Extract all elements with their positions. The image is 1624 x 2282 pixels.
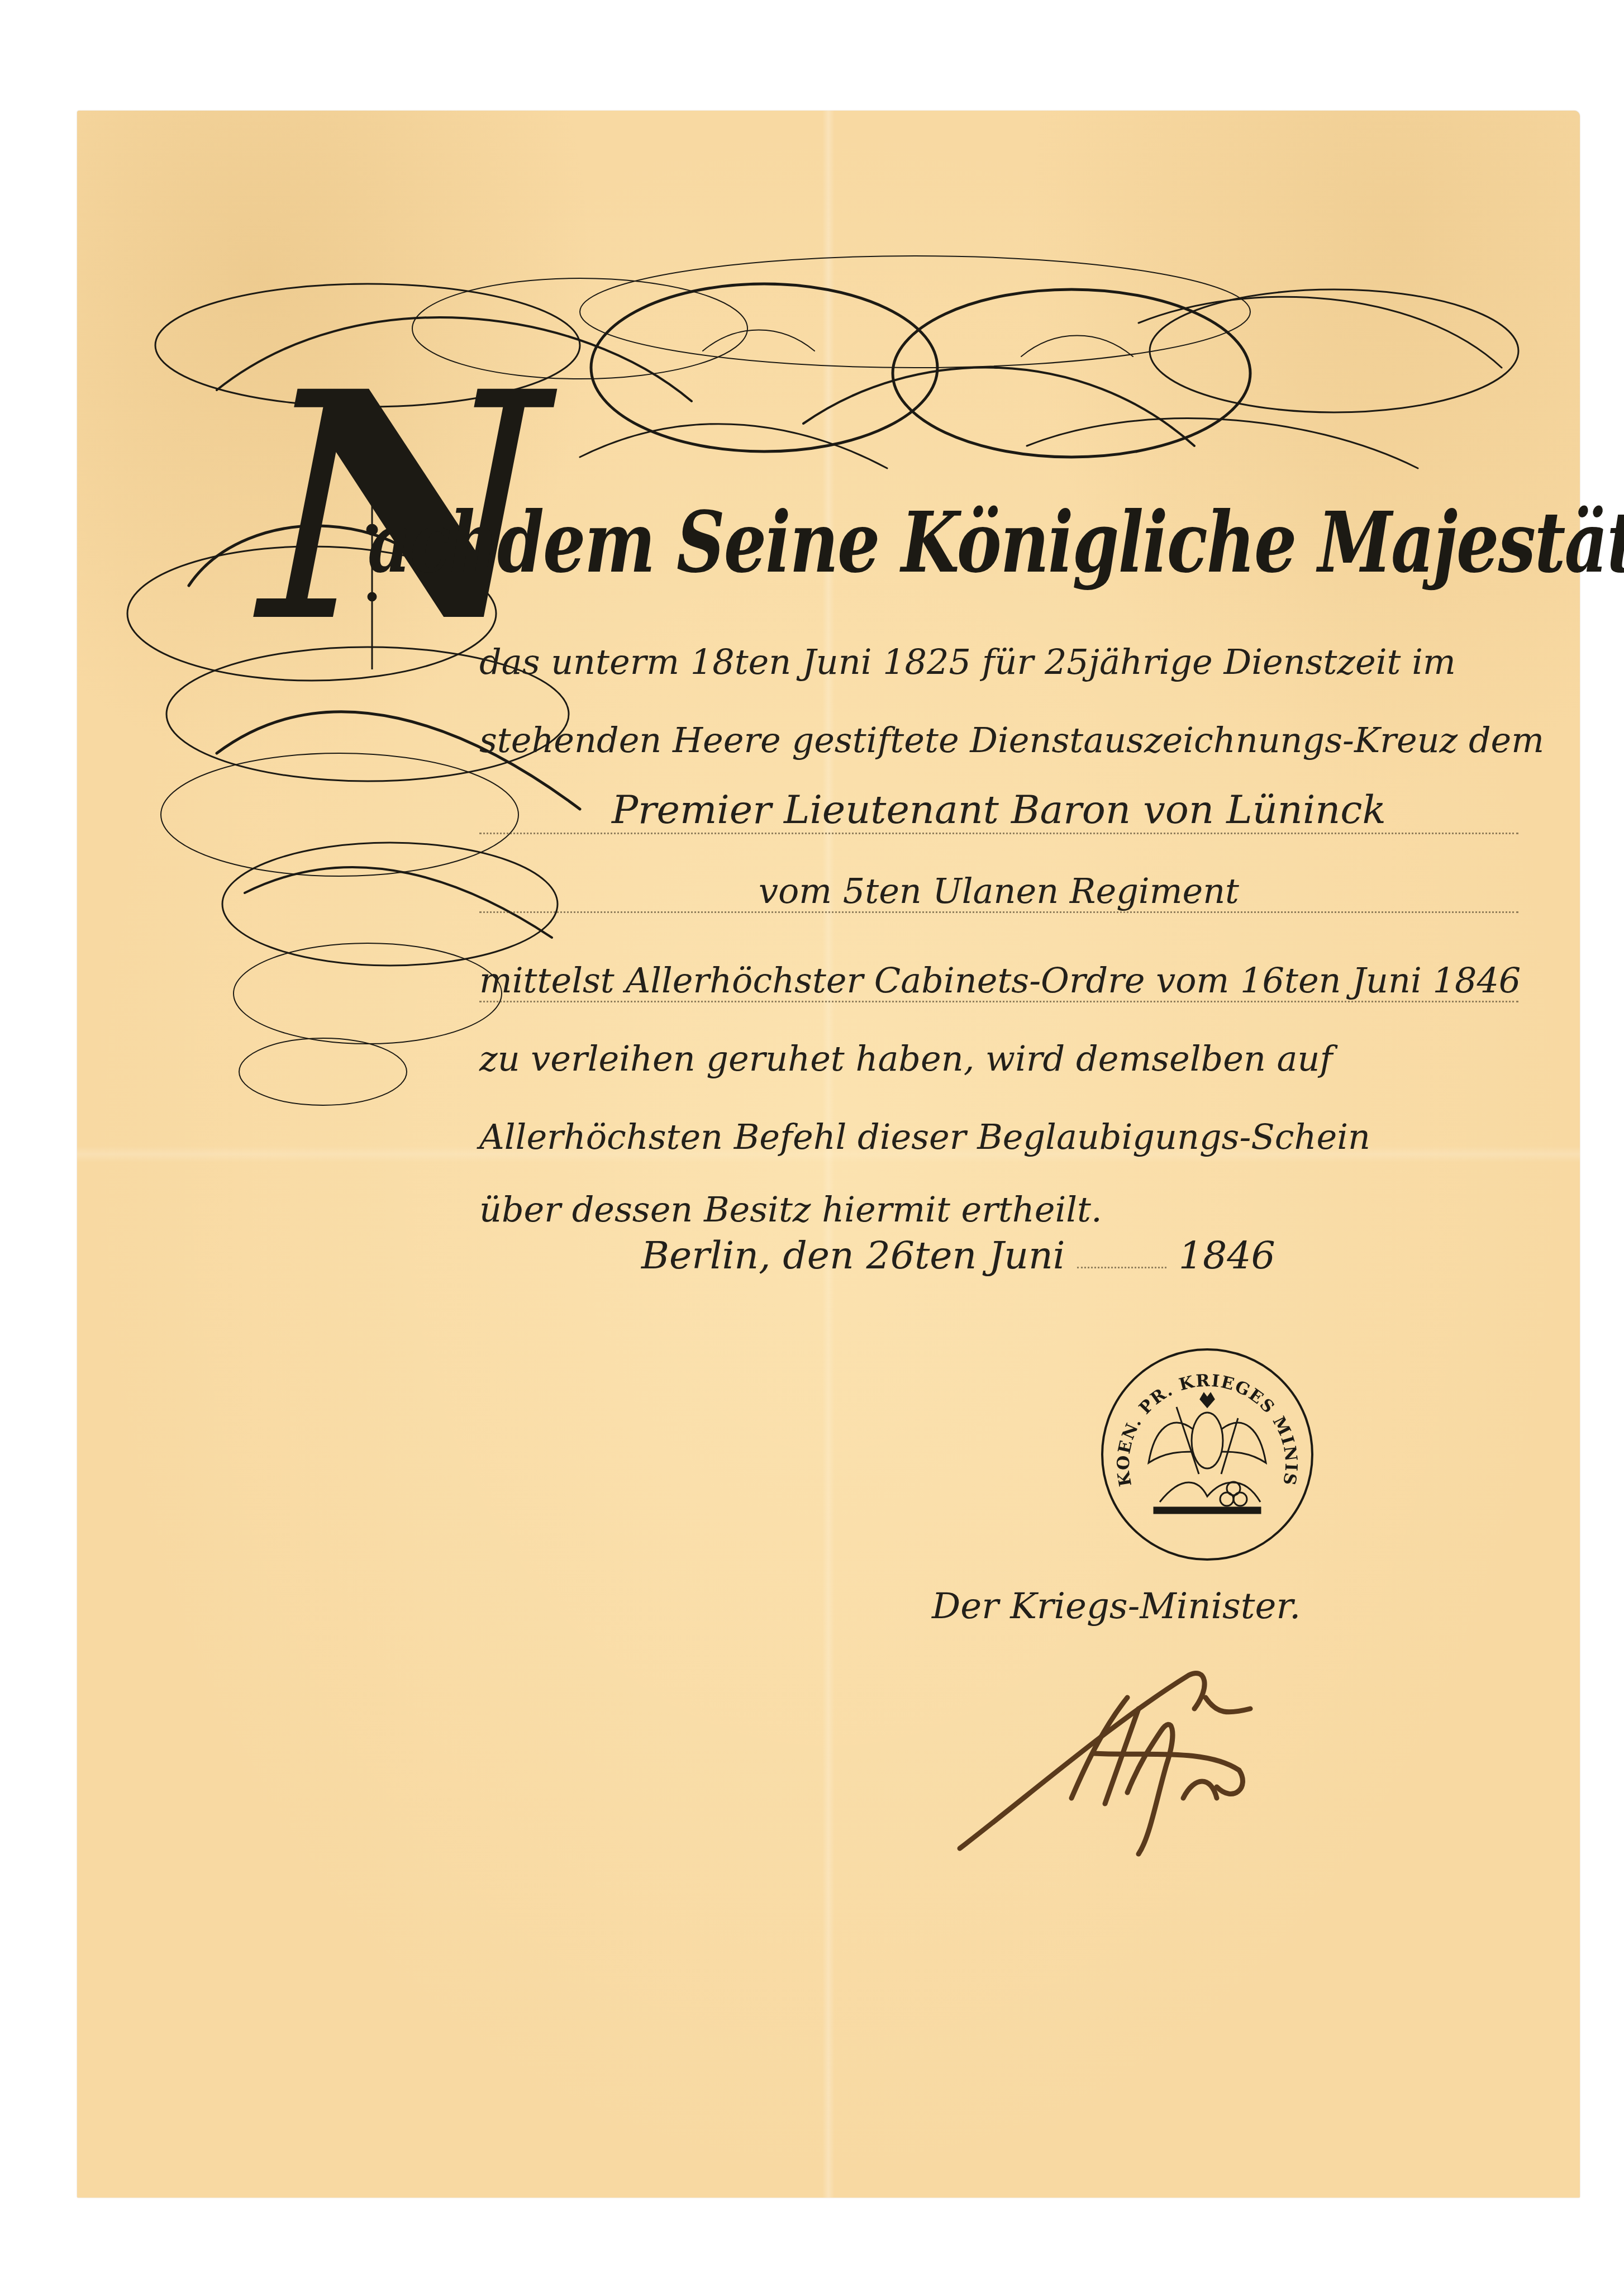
body-line-6: zu verleihen geruhet haben, wird demselb… (479, 1038, 1518, 1079)
body-line-5: mittelst Allerhöchster Cabinets-Ordre vo… (479, 960, 1518, 1002)
recipient-name: Premier Lieutenant Baron von Lüninck (479, 787, 1518, 834)
date-place: Berlin, den (641, 1234, 854, 1278)
minister-title: Der Kriegs-Minister. (932, 1586, 1301, 1627)
heading-text: achdem Seine Königliche Majestät von Pre… (368, 493, 1624, 592)
recipient-regiment: vom 5ten Ulanen Regiment (479, 871, 1518, 913)
minister-signature (949, 1636, 1284, 1871)
date-day: 26ten (866, 1234, 977, 1278)
war-ministry-seal: KOEN. PR. KRIEGES MINISTERIUM. (1098, 1346, 1316, 1563)
date-year: 1846 (1179, 1234, 1275, 1278)
body-line-1: das unterm 18ten Juni 1825 für 25jährige… (479, 641, 1518, 682)
body-line-8: über dessen Besitz hiermit ertheilt. (479, 1189, 1518, 1230)
certificate-paper: N achdem Seine Königliche Majestät von P… (77, 111, 1580, 2198)
body-line-7: Allerhöchsten Befehl dieser Beglaubigung… (479, 1116, 1518, 1157)
body-line-2: stehenden Heere gestiftete Dienstauszeic… (479, 720, 1518, 760)
crowned-eagle-icon (1149, 1394, 1266, 1513)
date-month: Juni (989, 1234, 1065, 1278)
date-line: Berlin, den 26ten Juni 1846 (641, 1234, 1275, 1278)
